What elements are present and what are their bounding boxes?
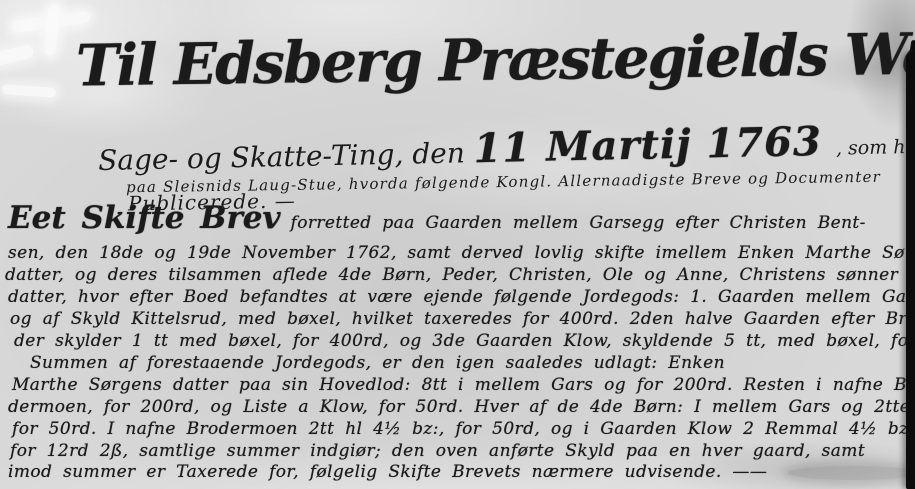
subtitle-suffix: , som holdtes [836, 135, 915, 160]
document-title-calligraphy: Til Edsberg Præstegields Waar [76, 20, 915, 100]
body-line: Marthe Sørgens datter paa sin Hovedlod: … [12, 375, 915, 395]
body-line: dermoen, for 200rd, og Liste a Klow, for… [8, 397, 910, 417]
body-line: imod summer er Taxerede for, følgelig Sk… [8, 462, 767, 482]
scan-edge-artifact [906, 52, 915, 489]
body-line: datter, og deres tilsammen aflede 4de Bø… [5, 265, 915, 285]
scanned-document-page: Til Edsberg Præstegields Waar Sage- og S… [0, 0, 915, 489]
subtitle-prefix: Sage- og Skatte-Ting, den [98, 136, 474, 177]
body-line: og af Skyld Kittelsrud, med bøxel, hvilk… [10, 309, 915, 329]
body-line: der skylder 1 tt med bøxel, for 400rd, o… [14, 331, 915, 351]
scan-smudge [788, 466, 915, 480]
body-line: datter, hvor efter Boed befandtes at vær… [8, 287, 915, 307]
body-line: Summen af forestaaende Jordegods, er den… [30, 353, 725, 373]
body-line: Eet Skifte Brevforretted paa Gaarden mel… [8, 200, 866, 236]
body-line: for 50rd. I nafne Brodermoen 2tt hl 4½ b… [12, 419, 915, 439]
body-line: for 12rd 2ß, samtlige summer indgiør; de… [10, 441, 865, 461]
body-line: sen, den 18de og 19de November 1762, sam… [8, 243, 915, 263]
body-line-text: forretted paa Gaarden mellem Garsegg eft… [291, 213, 866, 233]
court-date: 11 Martij 1763 [473, 118, 822, 172]
body-opening-words: Eet Skifte Brev [8, 200, 281, 236]
